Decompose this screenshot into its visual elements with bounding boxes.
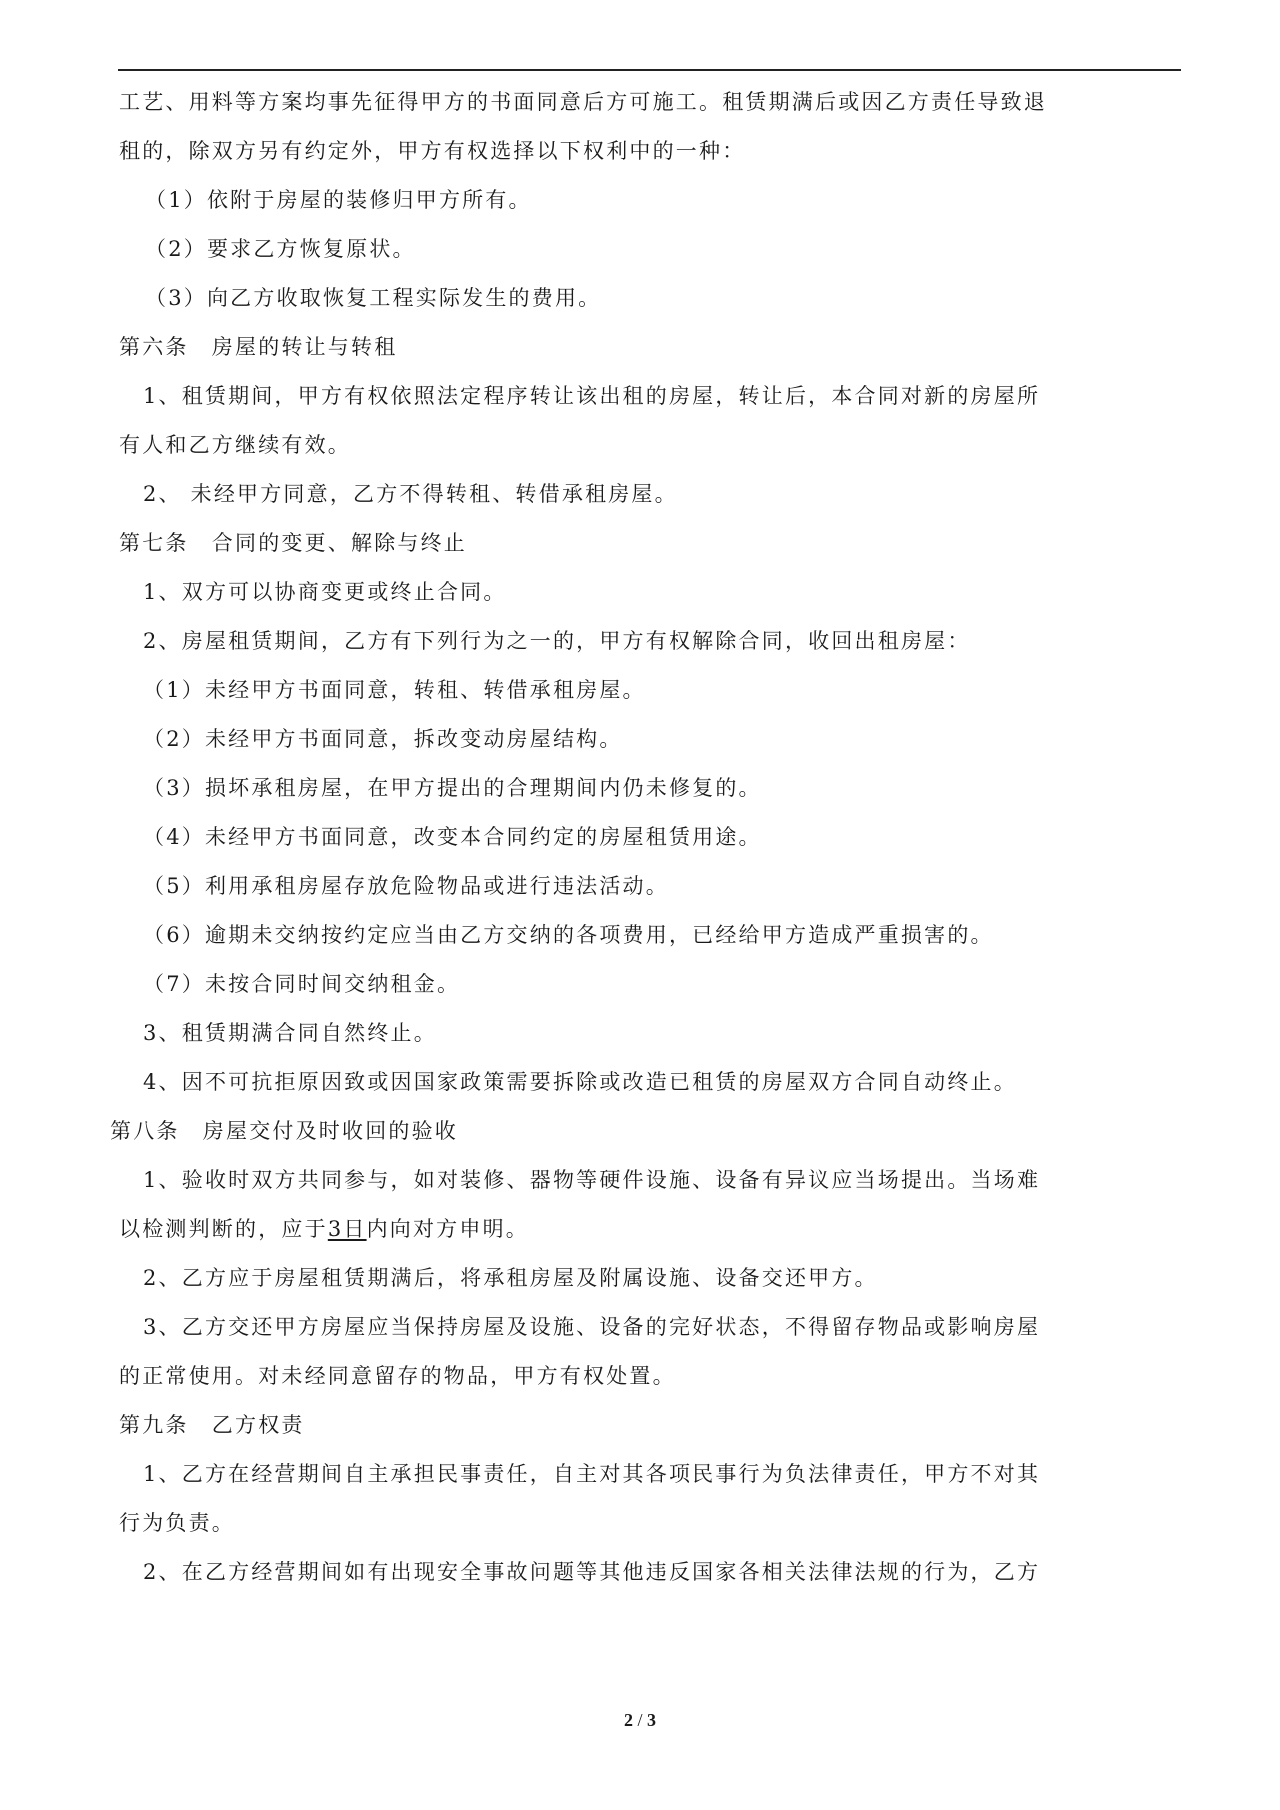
- paragraph-line: 1、租赁期间，甲方有权依照法定程序转让该出租的房屋，转让后，本合同对新的房屋所: [143, 381, 1040, 411]
- section-heading-article-8: 第八条 房屋交付及时收回的验收: [110, 1116, 458, 1146]
- paragraph-line: 租的，除双方另有约定外，甲方有权选择以下权利中的一种：: [119, 136, 745, 166]
- paragraph-line: 2、房屋租赁期间，乙方有下列行为之一的，甲方有权解除合同，收回出租房屋：: [143, 626, 971, 656]
- list-item: （1）依附于房屋的装修归甲方所有。: [145, 185, 532, 215]
- list-item: （4）未经甲方书面同意，改变本合同约定的房屋租赁用途。: [143, 822, 762, 852]
- paragraph-line: 3、租赁期满合同自然终止。: [143, 1018, 437, 1048]
- paragraph-line: 的正常使用。对未经同意留存的物品，甲方有权处置。: [119, 1361, 676, 1391]
- section-heading-article-6: 第六条 房屋的转让与转租: [119, 332, 397, 362]
- total-pages: 3: [647, 1710, 656, 1730]
- list-item: （2）未经甲方书面同意，拆改变动房屋结构。: [143, 724, 623, 754]
- underlined-days-value: 3日: [328, 1217, 367, 1241]
- document-page: 工艺、用料等方案均事先征得甲方的书面同意后方可施工。租赁期满后或因乙方责任导致退…: [0, 0, 1280, 1810]
- page-separator: /: [633, 1710, 647, 1730]
- paragraph-line: 4、因不可抗拒原因致或因国家政策需要拆除或改造已租赁的房屋双方合同自动终止。: [143, 1067, 1017, 1097]
- paragraph-line: 2、乙方应于房屋租赁期满后，将承租房屋及附属设施、设备交还甲方。: [143, 1263, 878, 1293]
- paragraph-line: 以检测判断的，应于3日内向对方申明。: [119, 1214, 529, 1244]
- list-item: （3）向乙方收取恢复工程实际发生的费用。: [145, 283, 601, 313]
- text-segment: 以检测判断的，应于: [119, 1217, 328, 1241]
- paragraph-line: 1、乙方在经营期间自主承担民事责任，自主对其各项民事行为负法律责任，甲方不对其: [143, 1459, 1040, 1489]
- paragraph-line: 工艺、用料等方案均事先征得甲方的书面同意后方可施工。租赁期满后或因乙方责任导致退: [119, 87, 1047, 117]
- section-heading-article-9: 第九条 乙方权责: [119, 1410, 305, 1440]
- list-item: （7）未按合同时间交纳租金。: [143, 969, 460, 999]
- paragraph-line: 有人和乙方继续有效。: [119, 430, 351, 460]
- list-item: （1）未经甲方书面同意，转租、转借承租房屋。: [143, 675, 646, 705]
- paragraph-line: 1、双方可以协商变更或终止合同。: [143, 577, 507, 607]
- paragraph-line: 2、在乙方经营期间如有出现安全事故问题等其他违反国家各相关法律法规的行为，乙方: [143, 1557, 1040, 1587]
- header-rule: [118, 69, 1181, 71]
- list-item: （2）要求乙方恢复原状。: [145, 234, 416, 264]
- paragraph-line: 2、 未经甲方同意，乙方不得转租、转借承租房屋。: [143, 479, 678, 509]
- text-segment: 内向对方申明。: [367, 1217, 529, 1241]
- paragraph-line: 1、验收时双方共同参与，如对装修、器物等硬件设施、设备有异议应当场提出。当场难: [143, 1165, 1040, 1195]
- paragraph-line: 3、乙方交还甲方房屋应当保持房屋及设施、设备的完好状态，不得留存物品或影响房屋: [143, 1312, 1040, 1342]
- paragraph-line: 行为负责。: [119, 1508, 235, 1538]
- list-item: （6）逾期未交纳按约定应当由乙方交纳的各项费用，已经给甲方造成严重损害的。: [143, 920, 994, 950]
- list-item: （5）利用承租房屋存放危险物品或进行违法活动。: [143, 871, 669, 901]
- page-number: 2 / 3: [0, 1710, 1280, 1731]
- list-item: （3）损坏承租房屋，在甲方提出的合理期间内仍未修复的。: [143, 773, 762, 803]
- current-page: 2: [624, 1710, 633, 1730]
- section-heading-article-7: 第七条 合同的变更、解除与终止: [119, 528, 467, 558]
